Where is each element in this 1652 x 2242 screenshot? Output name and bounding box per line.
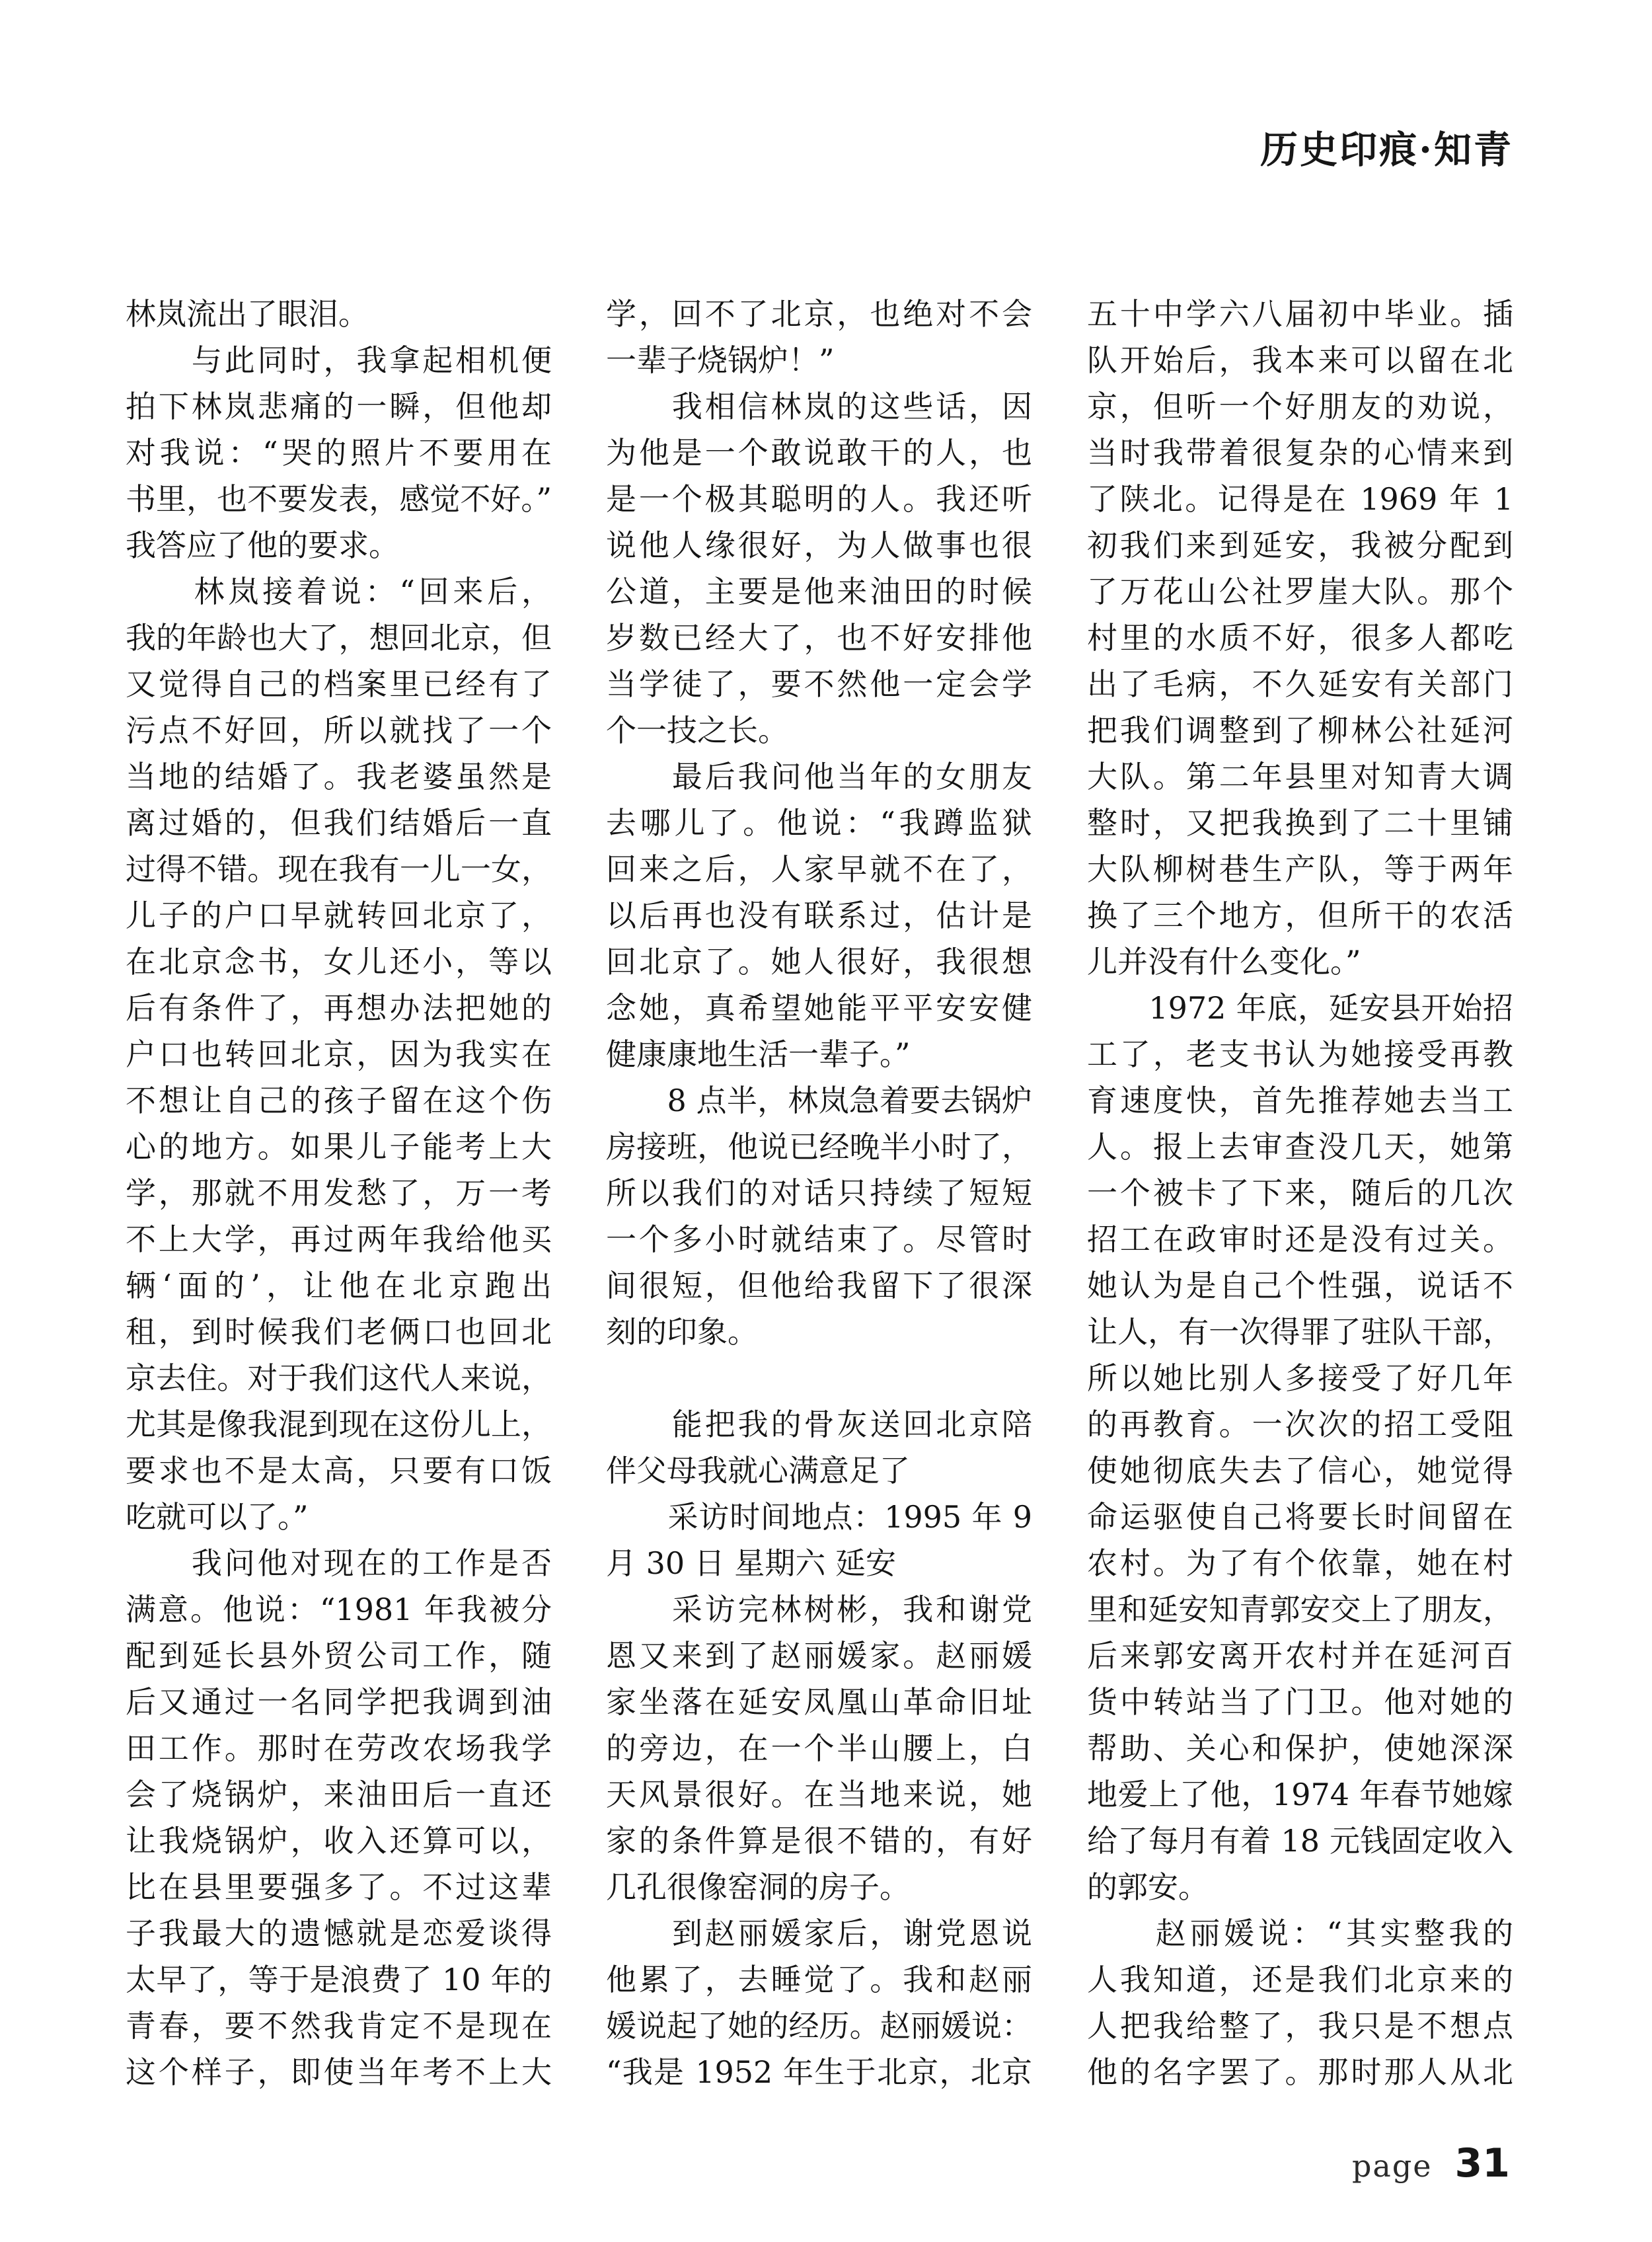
text-line: 让人，有一次得罪了驻队干部， xyxy=(1087,1309,1513,1355)
text-line: 出了毛病，不久延安有关部门 xyxy=(1087,661,1513,707)
text-line: 青春，要不然我肯定不是现在 xyxy=(126,2003,552,2049)
text-line: 伴父母我就心满意足了 xyxy=(606,1448,1032,1494)
text-line: 货中转站当了门卫。他对她的 xyxy=(1087,1679,1513,1725)
text-line: 我答应了他的要求。 xyxy=(126,522,552,568)
text-line: 念她，真希望她能平平安安健 xyxy=(606,985,1032,1031)
text-line: 过得不错。现在我有一儿一女， xyxy=(126,846,552,892)
text-line: “我是 1952 年生于北京，北京 xyxy=(606,2049,1032,2095)
text-line: 拍下林岚悲痛的一瞬，但他却 xyxy=(126,383,552,430)
text-line: 回北京了。她人很好，我很想 xyxy=(606,939,1032,985)
magazine-page: 历史印痕·知青 林岚流出了眼泪。 与此同时，我拿起相机便拍下林岚悲痛的一瞬，但他… xyxy=(0,0,1652,2242)
text-line: 家坐落在延安凤凰山革命旧址 xyxy=(606,1679,1032,1725)
text-column-1: 林岚流出了眼泪。 与此同时，我拿起相机便拍下林岚悲痛的一瞬，但他却对我说：“哭的… xyxy=(126,291,552,2095)
text-line: 里和延安知青郭安交上了朋友， xyxy=(1087,1586,1513,1633)
text-line: 天风景很好。在当地来说，她 xyxy=(606,1771,1032,1818)
text-line: 使她彻底失去了信心，她觉得 xyxy=(1087,1448,1513,1494)
text-line: 比在县里要强多了。不过这辈 xyxy=(126,1864,552,1910)
text-line: 赵丽媛说：“其实整我的 xyxy=(1087,1910,1513,1956)
text-line: 租，到时候我们老俩口也回北 xyxy=(126,1309,552,1355)
text-line: 一辈子烧锅炉！” xyxy=(606,337,1032,383)
text-line: 京去住。对于我们这代人来说， xyxy=(126,1355,552,1401)
text-line: 以后再也没有联系过，估计是 xyxy=(606,892,1032,939)
text-line: 配到延长县外贸公司工作，随 xyxy=(126,1633,552,1679)
text-line: 换了三个地方，但所干的农活 xyxy=(1087,892,1513,939)
page-label: page xyxy=(1352,2148,1433,2184)
text-line: 所以她比别人多接受了好几年 xyxy=(1087,1355,1513,1401)
text-line: 当学徒了，要不然他一定会学 xyxy=(606,661,1032,707)
text-line: 辆‘面的’，让他在北京跑出 xyxy=(126,1262,552,1309)
text-line: 污点不好回，所以就找了一个 xyxy=(126,707,552,754)
text-line: 后又通过一名同学把我调到油 xyxy=(126,1679,552,1725)
text-line: 大队。第二年县里对知青大调 xyxy=(1087,754,1513,800)
text-line: 的旁边，在一个半山腰上，白 xyxy=(606,1725,1032,1771)
text-line: 林岚接着说：“回来后， xyxy=(126,568,552,615)
text-line: 京，但听一个好朋友的劝说， xyxy=(1087,383,1513,430)
text-line: 说他人缘很好，为人做事也很 xyxy=(606,522,1032,568)
text-column-3: 五十中学六八届初中毕业。插队开始后，我本来可以留在北京，但听一个好朋友的劝说，当… xyxy=(1087,291,1513,2095)
text-line: 我问他对现在的工作是否 xyxy=(126,1540,552,1586)
text-line: 人我知道，还是我们北京来的 xyxy=(1087,1956,1513,2003)
text-line: 了陕北。记得是在 1969 年 1 月 xyxy=(1087,476,1513,522)
text-line: 让我烧锅炉，收入还算可以， xyxy=(126,1818,552,1864)
text-line: 媛说起了她的经历。赵丽媛说： xyxy=(606,2003,1032,2049)
text-line: 一个被卡了下来，随后的几次 xyxy=(1087,1170,1513,1216)
text-line: 最后我问他当年的女朋友 xyxy=(606,754,1032,800)
text-line: 尤其是像我混到现在这份儿上， xyxy=(126,1401,552,1448)
text-line: 月 30 日 星期六 延安 xyxy=(606,1540,1032,1586)
text-line: 公道，主要是他来油田的时候 xyxy=(606,568,1032,615)
page-number: 31 xyxy=(1455,2140,1511,2186)
text-line: 当时我带着很复杂的心情来到 xyxy=(1087,430,1513,476)
text-line: 队开始后，我本来可以留在北 xyxy=(1087,337,1513,383)
text-line: 1972 年底，延安县开始招 xyxy=(1087,985,1513,1031)
text-line: 与此同时，我拿起相机便 xyxy=(126,337,552,383)
text-line: 他的名字罢了。那时那人从北 xyxy=(1087,2049,1513,2095)
text-line: 所以我们的对话只持续了短短 xyxy=(606,1170,1032,1216)
text-line: 房接班，他说已经晚半小时了， xyxy=(606,1124,1032,1170)
text-line: 又觉得自己的档案里已经有了 xyxy=(126,661,552,707)
text-line: 书里，也不要发表，感觉不好。” xyxy=(126,476,552,522)
text-line: 林岚流出了眼泪。 xyxy=(126,291,552,337)
blank-line xyxy=(606,1355,1032,1401)
text-line: 儿子的户口早就转回北京了， xyxy=(126,892,552,939)
text-line: 刻的印象。 xyxy=(606,1309,1032,1355)
text-line: 在北京念书，女儿还小，等以 xyxy=(126,939,552,985)
text-line: 为他是一个敢说敢干的人，也 xyxy=(606,430,1032,476)
text-line: 学，那就不用发愁了，万一考 xyxy=(126,1170,552,1216)
text-line: 子我最大的遗憾就是恋爱谈得 xyxy=(126,1910,552,1956)
text-line: 要求也不是太高，只要有口饭 xyxy=(126,1448,552,1494)
text-line: 个一技之长。 xyxy=(606,707,1032,754)
text-line: 田工作。那时在劳改农场我学 xyxy=(126,1725,552,1771)
text-line: 后有条件了，再想办法把她的 xyxy=(126,985,552,1031)
text-line: 把我们调整到了柳林公社延河 xyxy=(1087,707,1513,754)
text-line: 到赵丽媛家后，谢党恩说 xyxy=(606,1910,1032,1956)
text-line: 太早了，等于是浪费了 10 年的 xyxy=(126,1956,552,2003)
text-line: 整时，又把我换到了二十里铺 xyxy=(1087,800,1513,846)
text-line: 当地的结婚了。我老婆虽然是 xyxy=(126,754,552,800)
text-line: 不想让自己的孩子留在这个伤 xyxy=(126,1077,552,1124)
text-line: 几孔很像窑洞的房子。 xyxy=(606,1864,1032,1910)
text-line: 了万花山公社罗崖大队。那个 xyxy=(1087,568,1513,615)
text-line: 恩又来到了赵丽媛家。赵丽媛 xyxy=(606,1633,1032,1679)
section-header: 历史印痕·知青 xyxy=(1260,130,1513,171)
text-line: 育速度快，首先推荐她去当工 xyxy=(1087,1077,1513,1124)
text-line: 心的地方。如果儿子能考上大 xyxy=(126,1124,552,1170)
text-line: 五十中学六八届初中毕业。插 xyxy=(1087,291,1513,337)
text-line: 工了，老支书认为她接受再教 xyxy=(1087,1031,1513,1077)
text-line: 农村。为了有个依靠，她在村 xyxy=(1087,1540,1513,1586)
text-line: 招工在政审时还是没有过关。 xyxy=(1087,1216,1513,1262)
text-line: 命运驱使自己将要长时间留在 xyxy=(1087,1494,1513,1540)
text-line: 学，回不了北京，也绝对不会 xyxy=(606,291,1032,337)
text-line: 人。报上去审查没几天，她第 xyxy=(1087,1124,1513,1170)
text-line: 帮助、关心和保护，使她深深 xyxy=(1087,1725,1513,1771)
text-column-2: 学，回不了北京，也绝对不会一辈子烧锅炉！” 我相信林岚的这些话，因为他是一个敢说… xyxy=(606,291,1032,2095)
text-line: 间很短，但他给我留下了很深 xyxy=(606,1262,1032,1309)
text-line: 不上大学，再过两年我给他买 xyxy=(126,1216,552,1262)
text-line: 我的年龄也大了，想回北京，但 xyxy=(126,615,552,661)
text-line: 满意。他说：“1981 年我被分 xyxy=(126,1586,552,1633)
text-line: 儿并没有什么变化。” xyxy=(1087,939,1513,985)
text-line: 采访完林树彬，我和谢党 xyxy=(606,1586,1032,1633)
text-line: 回来之后，人家早就不在了， xyxy=(606,846,1032,892)
text-line: 我相信林岚的这些话，因 xyxy=(606,383,1032,430)
text-line: 会了烧锅炉，来油田后一直还 xyxy=(126,1771,552,1818)
text-line: 大队柳树巷生产队，等于两年 xyxy=(1087,846,1513,892)
text-line: 的郭安。 xyxy=(1087,1864,1513,1910)
text-line: 的再教育。一次次的招工受阻 xyxy=(1087,1401,1513,1448)
text-line: 后来郭安离开农村并在延河百 xyxy=(1087,1633,1513,1679)
text-line: 她认为是自己个性强，说话不 xyxy=(1087,1262,1513,1309)
text-line: 他累了，去睡觉了。我和赵丽 xyxy=(606,1956,1032,2003)
text-line: 能把我的骨灰送回北京陪 xyxy=(606,1401,1032,1448)
text-line: 地爱上了他，1974 年春节她嫁 xyxy=(1087,1771,1513,1818)
text-line: 给了每月有着 18 元钱固定收入 xyxy=(1087,1818,1513,1864)
text-line: 家的条件算是很不错的，有好 xyxy=(606,1818,1032,1864)
text-line: 是一个极其聪明的人。我还听 xyxy=(606,476,1032,522)
text-line: 初我们来到延安，我被分配到 xyxy=(1087,522,1513,568)
text-line: 户口也转回北京，因为我实在 xyxy=(126,1031,552,1077)
text-line: 人把我给整了，我只是不想点 xyxy=(1087,2003,1513,2049)
text-line: 8 点半，林岚急着要去锅炉 xyxy=(606,1077,1032,1124)
text-line: 村里的水质不好，很多人都吃 xyxy=(1087,615,1513,661)
page-footer: page 31 xyxy=(1352,2140,1510,2186)
text-line: 去哪儿了。他说：“我蹲监狱 xyxy=(606,800,1032,846)
text-line: 岁数已经大了，也不好安排他 xyxy=(606,615,1032,661)
text-line: 健康康地生活一辈子。” xyxy=(606,1031,1032,1077)
text-line: 这个样子，即使当年考不上大 xyxy=(126,2049,552,2095)
text-line: 对我说：“哭的照片不要用在 xyxy=(126,430,552,476)
text-line: 离过婚的，但我们结婚后一直 xyxy=(126,800,552,846)
text-line: 采访时间地点：1995 年 9 xyxy=(606,1494,1032,1540)
text-line: 一个多小时就结束了。尽管时 xyxy=(606,1216,1032,1262)
text-line: 吃就可以了。” xyxy=(126,1494,552,1540)
